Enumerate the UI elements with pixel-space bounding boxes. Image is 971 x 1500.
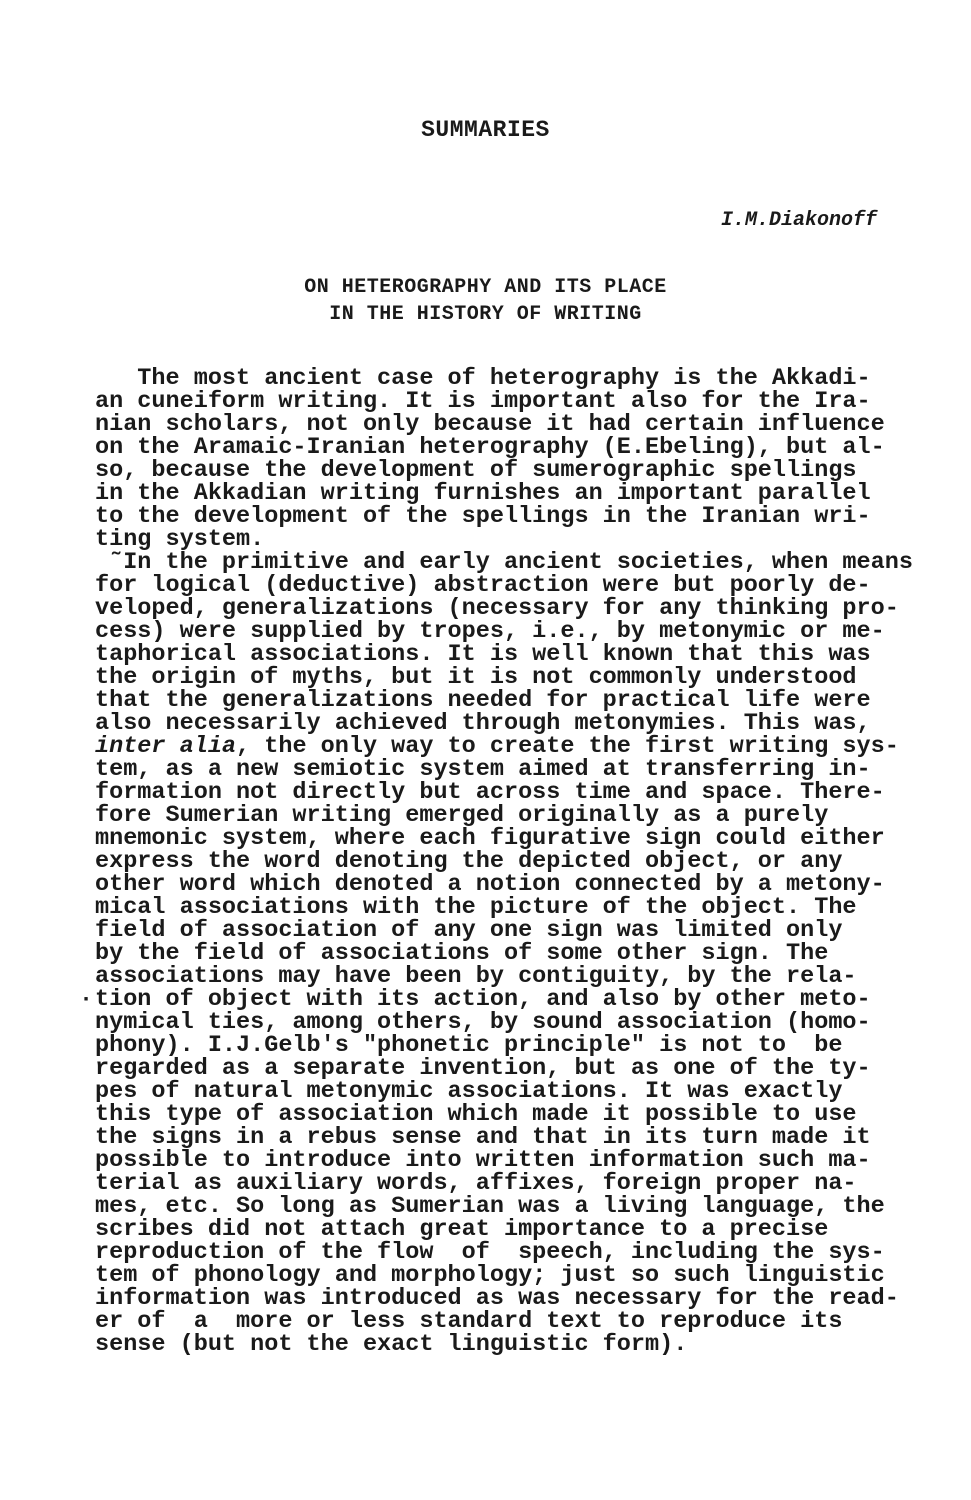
text-line: the signs in a rebus sense and that in i… [95,1126,913,1149]
text-line: tem, as a new semiotic system aimed at t… [95,758,913,781]
text-line: fore Sumerian writing emerged originally… [95,804,913,827]
text-line: so, because the development of sumerogra… [95,459,913,482]
text-line: The most ancient case of heterography is… [95,367,913,390]
text-line: express the word denoting the depicted o… [95,850,913,873]
text-line: that the generalizations needed for prac… [95,689,913,712]
text-line: the origin of myths, but it is not commo… [95,666,913,689]
text-line: other word which denoted a notion connec… [95,873,913,896]
text-line: in the Akkadian writing furnishes an imp… [95,482,913,505]
body-text: The most ancient case of heterography is… [95,367,913,1356]
text-line: for logical (deductive) abstraction were… [95,574,913,597]
text-line: mical associations with the picture of t… [95,896,913,919]
text-line: taphorical associations. It is well know… [95,643,913,666]
text-line: nymical ties, among others, by sound ass… [95,1011,913,1034]
text-line: to the development of the spellings in t… [95,505,913,528]
text-line: veloped, generalizations (necessary for … [95,597,913,620]
text-line: by the field of associations of some oth… [95,942,913,965]
text-line: reproduction of the flow of speech, incl… [95,1241,913,1264]
text-line: phony). I.J.Gelb's "phonetic principle" … [95,1034,913,1057]
text-line: pes of natural metonymic associations. I… [95,1080,913,1103]
text-line: scribes did not attach great importance … [95,1218,913,1241]
text-line: regarded as a separate invention, but as… [95,1057,913,1080]
text-line: cess) were supplied by tropes, i.e., by … [95,620,913,643]
text-line: mes, etc. So long as Sumerian was a livi… [95,1195,913,1218]
text-line: this type of association which made it p… [95,1103,913,1126]
article-title: ON HETEROGRAPHY AND ITS PLACE IN THE HIS… [0,274,971,328]
text-line: an cuneiform writing. It is important al… [95,390,913,413]
text-line: ·tion of object with its action, and als… [95,988,913,1011]
text-line: sense (but not the exact linguistic form… [95,1333,913,1356]
text-line: inter alia, the only way to create the f… [95,735,913,758]
text-line: ˜In the primitive and early ancient soci… [95,551,913,574]
author-name: I.M.Diakonoff [0,209,877,232]
margin-dot: · [79,988,93,1011]
text-line: information was introduced as was necess… [95,1287,913,1310]
article-title-line-2: IN THE HISTORY OF WRITING [0,301,971,328]
text-line: terial as auxiliary words, affixes, fore… [95,1172,913,1195]
section-header: SUMMARIES [0,117,971,143]
text-line: possible to introduce into written infor… [95,1149,913,1172]
text-line: er of a more or less standard text to re… [95,1310,913,1333]
text-line: ting system. [95,528,913,551]
text-line: field of association of any one sign was… [95,919,913,942]
text-line: also necessarily achieved through metony… [95,712,913,735]
text-line: mnemonic system, where each figurative s… [95,827,913,850]
text-line: associations may have been by contiguity… [95,965,913,988]
text-line: tem of phonology and morphology; just so… [95,1264,913,1287]
text-line: formation not directly but across time a… [95,781,913,804]
text-line: nian scholars, not only because it had c… [95,413,913,436]
article-title-line-1: ON HETEROGRAPHY AND ITS PLACE [0,274,971,301]
text-line: on the Aramaic-Iranian heterography (E.E… [95,436,913,459]
document-page: SUMMARIES I.M.Diakonoff ON HETEROGRAPHY … [0,0,971,1500]
